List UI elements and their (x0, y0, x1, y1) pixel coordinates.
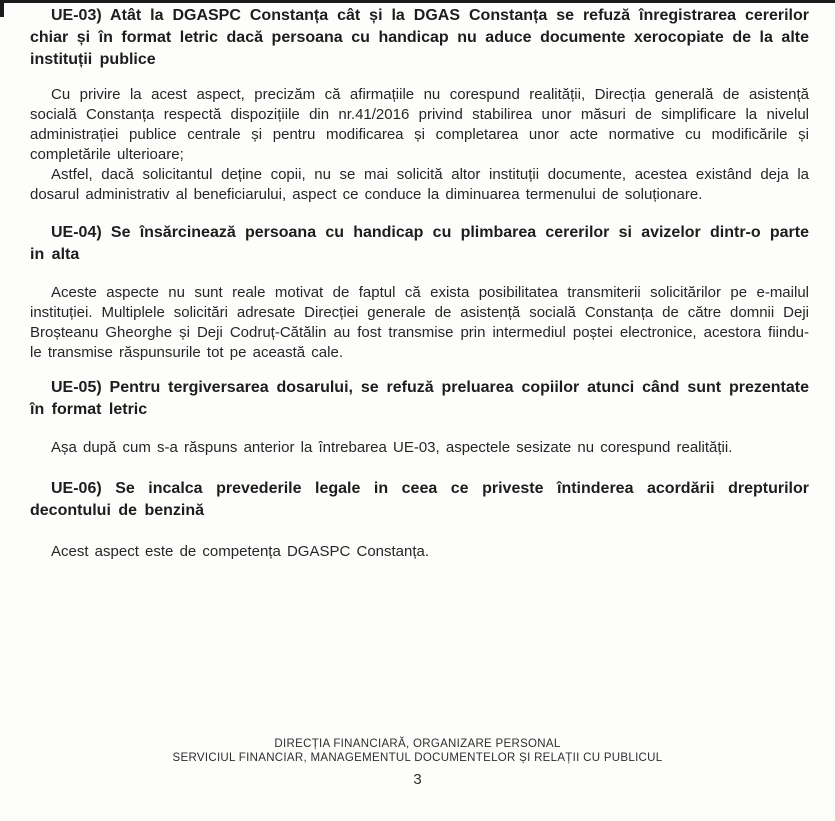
document-body: UE-03) Atât la DGASPC Constanța cât și l… (30, 5, 809, 562)
document-page: UE-03) Atât la DGASPC Constanța cât și l… (0, 0, 835, 821)
scan-artifact-top-line (0, 0, 835, 3)
section-heading-ue03: UE-03) Atât la DGASPC Constanța cât și l… (30, 5, 809, 71)
paragraph: Cu privire la acest aspect, precizăm că … (30, 85, 809, 165)
footer-department-line: DIRECȚIA FINANCIARĂ, ORGANIZARE PERSONAL (0, 737, 835, 751)
scan-artifact-left-mark (0, 0, 4, 17)
page-footer: DIRECȚIA FINANCIARĂ, ORGANIZARE PERSONAL… (0, 737, 835, 788)
paragraph: Așa după cum s-a răspuns anterior la înt… (30, 438, 809, 458)
paragraph: Astfel, dacă solicitantul deține copii, … (30, 165, 809, 205)
paragraph: Acest aspect este de competența DGASPC C… (30, 542, 809, 562)
section-heading-ue05: UE-05) Pentru tergiversarea dosarului, s… (30, 377, 809, 421)
page-number: 3 (0, 771, 835, 788)
paragraph: Aceste aspecte nu sunt reale motivat de … (30, 283, 809, 363)
footer-service-line: SERVICIUL FINANCIAR, MANAGEMENTUL DOCUME… (0, 751, 835, 765)
section-heading-ue04: UE-04) Se însărcinează persoana cu handi… (30, 222, 809, 266)
section-heading-ue06: UE-06) Se incalca prevederile legale in … (30, 478, 809, 522)
